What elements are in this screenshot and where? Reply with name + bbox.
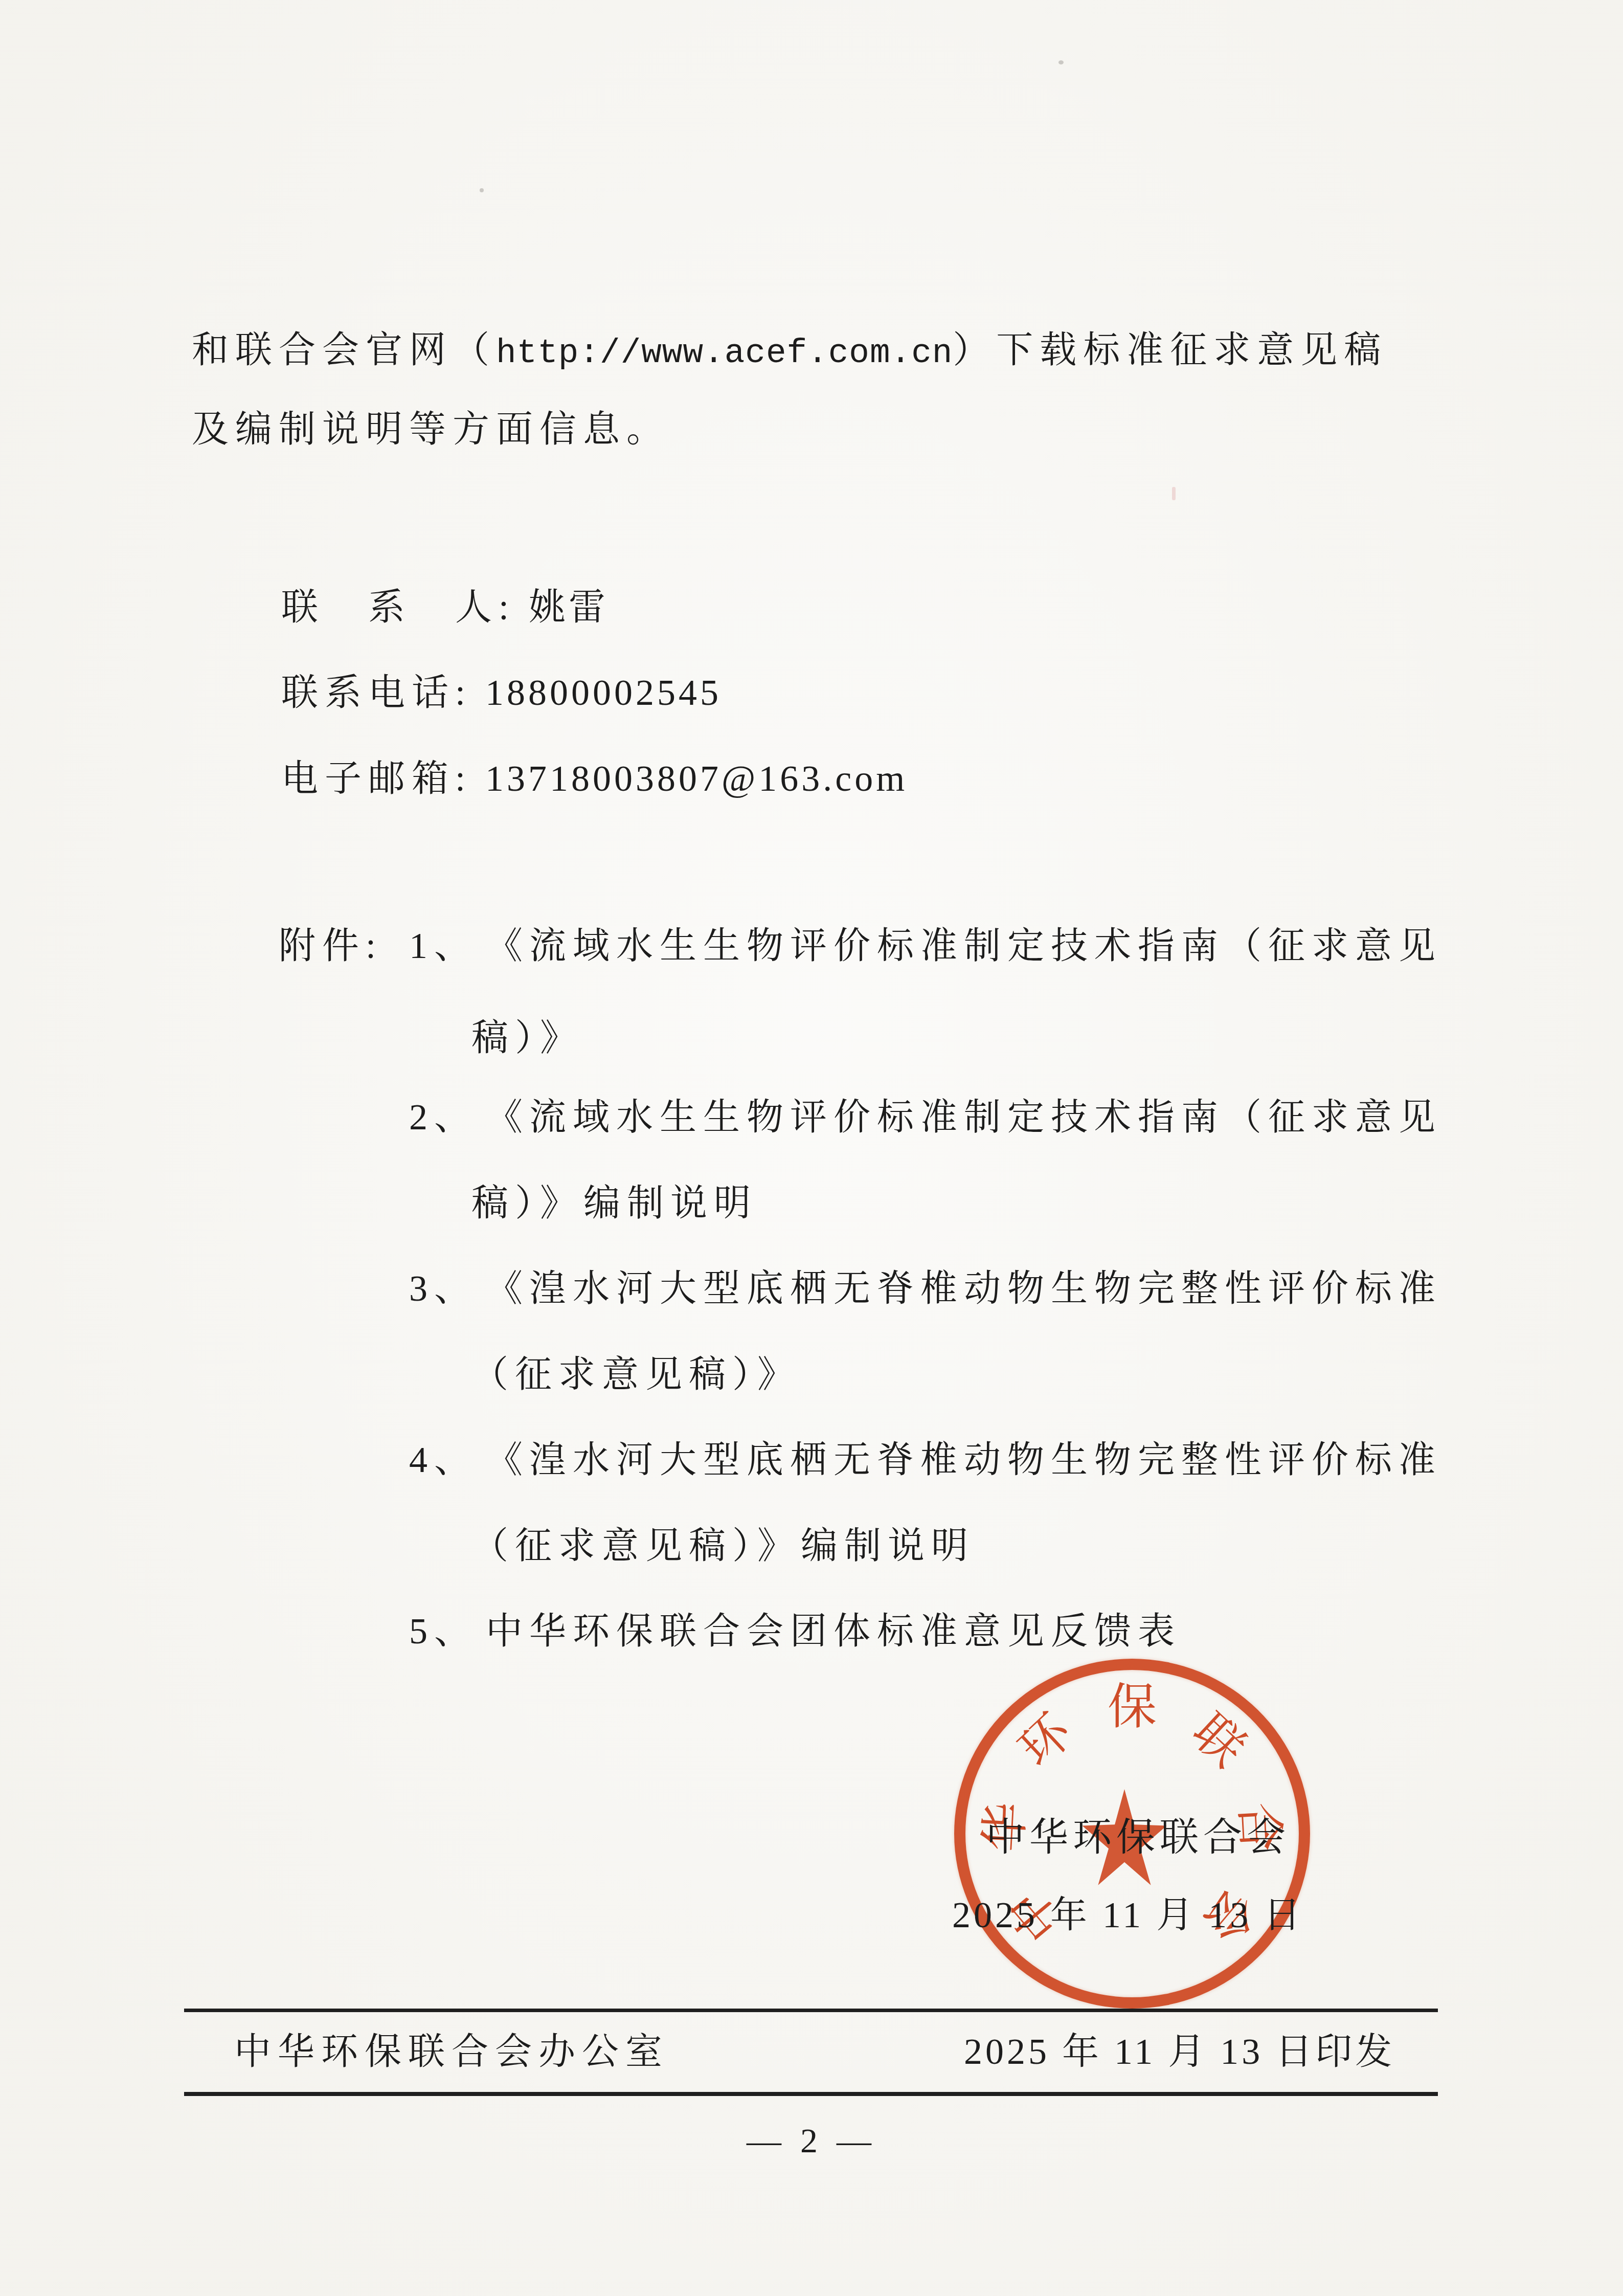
attachment-item-title-continuation: （征求意见稿）》	[471, 1354, 801, 1395]
document-page: 和联合会官网（http://www.acef.com.cn）下载标准征求意见稿 …	[0, 0, 1623, 2296]
contact-person-label: 联 系 人:	[281, 587, 515, 628]
attachments-label: 附件:	[279, 926, 382, 966]
attachment-item-title: 《流域水生生物评价标准制定技术指南（征求意见	[486, 1097, 1442, 1138]
scan-streak	[1172, 487, 1176, 500]
contact-phone-row: 联系电话:18800002545	[281, 673, 722, 713]
paragraph-text: 和联合会官网（	[192, 329, 496, 370]
attachment-item-title-continuation: 稿）》	[471, 1018, 583, 1058]
signature-date: 2025 年 11 月 13 日	[952, 1895, 1303, 1935]
paragraph-line: 和联合会官网（http://www.acef.com.cn）下载标准征求意见稿	[192, 330, 1387, 372]
attachment-item-number: 3、	[409, 1268, 478, 1309]
attachment-item-title: 中华环保联合会团体标准意见反馈表	[486, 1611, 1181, 1652]
attachment-item-title-continuation: 稿）》编制说明	[471, 1183, 757, 1223]
attachment-item-number: 1、	[409, 926, 478, 966]
scan-speck	[1058, 60, 1064, 64]
website-url: http://www.acef.com.cn	[496, 334, 953, 372]
contact-person-row: 联 系 人:姚雷	[281, 587, 608, 628]
attachment-item-number: 2、	[409, 1097, 478, 1138]
attachment-item-title: 《流域水生生物评价标准制定技术指南（征求意见	[486, 926, 1442, 966]
page-number: — 2 —	[0, 2122, 1623, 2160]
scan-speck	[480, 188, 484, 192]
footer-top-rule	[184, 2009, 1438, 2012]
footer-bottom-rule	[184, 2092, 1438, 2096]
footer-issuing-office: 中华环保联合会办公室	[234, 2032, 669, 2072]
contact-email-row: 电子邮箱:13718003807@163.com	[281, 759, 908, 799]
seal-ring-char: 保	[1103, 1678, 1161, 1735]
attachment-item-title-continuation: （征求意见稿）》编制说明	[471, 1526, 975, 1566]
signature-organization: 中华环保联合会	[986, 1817, 1290, 1860]
paragraph-text: ）下载标准征求意见稿	[953, 329, 1387, 370]
contact-email-label: 电子邮箱:	[281, 758, 472, 799]
contact-phone-label: 联系电话:	[281, 672, 472, 713]
paragraph-line: 及编制说明等方面信息。	[192, 409, 670, 450]
contact-person-value: 姚雷	[529, 587, 608, 628]
attachment-item-number: 4、	[409, 1440, 478, 1480]
contact-email-value: 13718003807@163.com	[485, 758, 908, 799]
footer-print-date: 2025 年 11 月 13 日印发	[964, 2032, 1395, 2072]
attachment-item-title: 《湟水河大型底栖无脊椎动物生物完整性评价标准	[486, 1268, 1442, 1309]
contact-phone-value: 18800002545	[485, 672, 722, 713]
attachment-item-title: 《湟水河大型底栖无脊椎动物生物完整性评价标准	[486, 1440, 1442, 1480]
attachment-item-number: 5、	[409, 1611, 478, 1652]
